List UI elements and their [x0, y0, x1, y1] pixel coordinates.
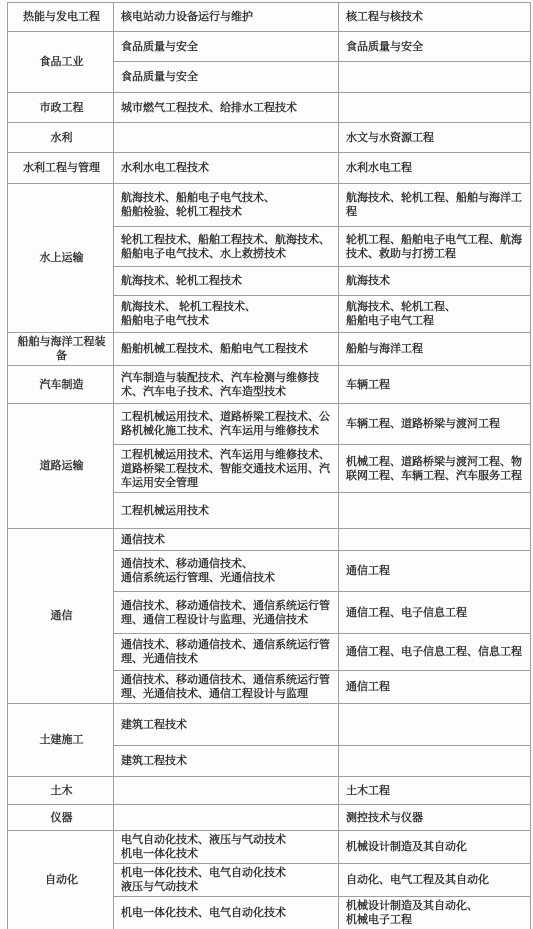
category-cell: 船舶与海洋工程装备	[8, 333, 114, 366]
table-row: 市政工程 城市燃气工程技术、给排水工程技术	[8, 93, 531, 123]
table-row: 热能与发电工程 核电站动力设备运行与维护 核工程与核技术	[8, 3, 531, 32]
category-cell: 市政工程	[8, 93, 114, 123]
category-cell: 仪器	[8, 805, 114, 831]
undergrad-cell: 食品质量与安全	[339, 32, 531, 62]
undergrad-cell	[339, 529, 531, 551]
category-cell: 通信	[8, 529, 114, 704]
category-cell: 汽车制造	[8, 366, 114, 404]
vocational-cell: 通信技术、移动通信技术、 通信系统运行管理、光通信技术	[114, 551, 339, 592]
undergrad-cell: 水利水电工程	[339, 153, 531, 184]
vocational-cell: 轮机工程技术、船舶工程技术、航海技术、船舶电子电气技术、水上救捞技术	[114, 227, 339, 267]
table-row: 土木 土木工程	[8, 777, 531, 805]
vocational-cell: 食品质量与安全	[114, 32, 339, 62]
vocational-cell: 水利水电工程技术	[114, 153, 339, 184]
undergrad-cell: 航海技术	[339, 267, 531, 296]
table-row: 土建施工 建筑工程技术	[8, 704, 531, 746]
table-row: 通信 通信技术	[8, 529, 531, 551]
vocational-cell	[114, 777, 339, 805]
category-cell: 热能与发电工程	[8, 3, 114, 32]
undergrad-cell	[339, 493, 531, 529]
undergrad-cell: 轮机工程、船舶电子电气工程、航海技术、救助与打捞工程	[339, 227, 531, 267]
undergrad-cell: 机械工程、道路桥梁与渡河工程、物联网工程、车辆工程、汽车服务工程	[339, 445, 531, 493]
category-cell: 土木	[8, 777, 114, 805]
major-mapping-table: 热能与发电工程 核电站动力设备运行与维护 核工程与核技术 食品工业 食品质量与安…	[7, 2, 531, 929]
table-row: 水利工程与管理 水利水电工程技术 水利水电工程	[8, 153, 531, 184]
undergrad-cell: 自动化、电气工程及其自动化	[339, 864, 531, 897]
vocational-cell: 航海技术、 轮机工程技术、 船舶电子电气技术	[114, 296, 339, 333]
undergrad-cell: 船舶与海洋工程	[339, 333, 531, 366]
vocational-cell: 工程机械运用技术	[114, 493, 339, 529]
vocational-cell: 电气自动化技术、液压与气动技术 机电一体化技术	[114, 831, 339, 864]
vocational-cell: 工程机械运用技术、汽车运用与维修技术、道路桥梁工程技术、智能交通技术运用、汽车运…	[114, 445, 339, 493]
table-row: 食品工业 食品质量与安全 食品质量与安全	[8, 32, 531, 62]
vocational-cell: 船舶机械工程技术、船舶电气工程技术	[114, 333, 339, 366]
vocational-cell: 食品质量与安全	[114, 62, 339, 93]
table-row: 仪器 测控技术与仪器	[8, 805, 531, 831]
undergrad-cell	[339, 93, 531, 123]
undergrad-cell: 车辆工程	[339, 366, 531, 404]
category-cell: 土建施工	[8, 704, 114, 777]
undergrad-cell: 机械设计制造及其自动化	[339, 831, 531, 864]
undergrad-cell: 土木工程	[339, 777, 531, 805]
vocational-cell: 通信技术	[114, 529, 339, 551]
vocational-cell: 机电一体化技术、电气自动化技术	[114, 897, 339, 929]
undergrad-cell	[339, 704, 531, 746]
table-row: 自动化 电气自动化技术、液压与气动技术 机电一体化技术 机械设计制造及其自动化	[8, 831, 531, 864]
undergrad-cell: 航海技术、轮机工程、船舶与海洋工程	[339, 184, 531, 227]
vocational-cell: 航海技术、轮机工程技术	[114, 267, 339, 296]
undergrad-cell: 通信工程	[339, 671, 531, 704]
category-cell: 道路运输	[8, 404, 114, 529]
vocational-cell: 通信技术、移动通信技术、通信系统运行管理、光通信技术、通信工程设计与监理	[114, 671, 339, 704]
vocational-cell: 汽车制造与装配技术、汽车检测与维修技术、汽车电子技术、汽车造型技术	[114, 366, 339, 404]
vocational-cell: 建筑工程技术	[114, 746, 339, 777]
table-row: 水上运输 航海技术、船舶电子电气技术、 船舶检验、轮机工程技术 航海技术、轮机工…	[8, 184, 531, 227]
category-cell: 水上运输	[8, 184, 114, 333]
table-row: 船舶与海洋工程装备 船舶机械工程技术、船舶电气工程技术 船舶与海洋工程	[8, 333, 531, 366]
table-row: 道路运输 工程机械运用技术、道路桥梁工程技术、公路机械化施工技术、汽车运用与维修…	[8, 404, 531, 445]
vocational-cell: 机电一体化技术、电气自动化技术 液压与气动技术	[114, 864, 339, 897]
undergrad-cell: 航海技术、轮机工程、 船舶电子电气工程	[339, 296, 531, 333]
vocational-cell: 建筑工程技术	[114, 704, 339, 746]
vocational-cell	[114, 805, 339, 831]
vocational-cell: 核电站动力设备运行与维护	[114, 3, 339, 32]
undergrad-cell: 车辆工程、道路桥梁与渡河工程	[339, 404, 531, 445]
vocational-cell: 通信技术、移动通信技术、通信系统运行管理、光通信技术	[114, 634, 339, 671]
page: 热能与发电工程 核电站动力设备运行与维护 核工程与核技术 食品工业 食品质量与安…	[0, 0, 533, 929]
undergrad-cell: 通信工程、电子信息工程、信息工程	[339, 634, 531, 671]
undergrad-cell: 水文与水资源工程	[339, 123, 531, 153]
category-cell: 自动化	[8, 831, 114, 929]
undergrad-cell: 通信工程	[339, 551, 531, 592]
vocational-cell: 工程机械运用技术、道路桥梁工程技术、公路机械化施工技术、汽车运用与维修技术	[114, 404, 339, 445]
vocational-cell: 城市燃气工程技术、给排水工程技术	[114, 93, 339, 123]
undergrad-cell	[339, 62, 531, 93]
vocational-cell: 航海技术、船舶电子电气技术、 船舶检验、轮机工程技术	[114, 184, 339, 227]
category-cell: 水利	[8, 123, 114, 153]
table-row: 汽车制造 汽车制造与装配技术、汽车检测与维修技术、汽车电子技术、汽车造型技术 车…	[8, 366, 531, 404]
undergrad-cell: 机械设计制造及其自动化、 机械电子工程	[339, 897, 531, 929]
table-row: 水利 水文与水资源工程	[8, 123, 531, 153]
vocational-cell	[114, 123, 339, 153]
undergrad-cell: 核工程与核技术	[339, 3, 531, 32]
category-cell: 水利工程与管理	[8, 153, 114, 184]
undergrad-cell	[339, 746, 531, 777]
undergrad-cell: 测控技术与仪器	[339, 805, 531, 831]
undergrad-cell: 通信工程、电子信息工程	[339, 592, 531, 634]
category-cell: 食品工业	[8, 32, 114, 93]
vocational-cell: 通信技术、移动通信技术、通信系统运行管理、通信工程设计与监理、光通信技术	[114, 592, 339, 634]
